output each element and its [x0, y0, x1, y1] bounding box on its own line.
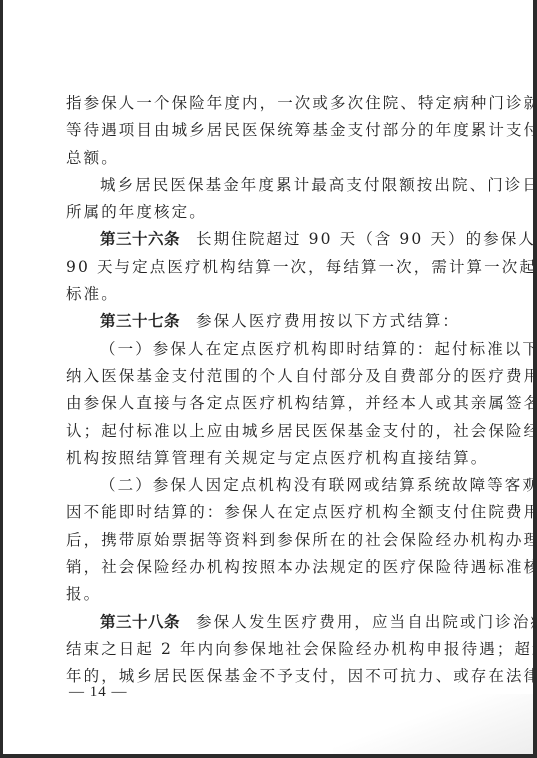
text-line: 纳入医保基金支付范围的个人自付部分及自费部分的医疗费用 [66, 363, 466, 390]
document-page: 指参保人一个保险年度内，一次或多次住院、特定病种门诊就医 等待遇项目由城乡居民医… [3, 0, 533, 754]
text-line: 参保人医疗费用按以下方式结算： [196, 312, 460, 330]
text-line: 指参保人一个保险年度内，一次或多次住院、特定病种门诊就医 [66, 90, 466, 117]
article-heading: 第三十七条 [100, 312, 180, 330]
text-line: 机构按照结算管理有关规定与定点医疗机构直接结算。 [66, 445, 466, 472]
page-number: — 14 — [69, 684, 128, 701]
text-line: （一）参保人在定点医疗机构即时结算的：起付标准以下、 [66, 336, 466, 363]
text-line: （二）参保人因定点机构没有联网或结算系统故障等客观原 [66, 472, 466, 499]
text-line: 由参保人直接与各定点医疗机构结算，并经本人或其亲属签名确 [66, 390, 466, 417]
scan-shadow [333, 694, 533, 754]
text-line: 认；起付标准以上应由城乡居民医保基金支付的，社会保险经办 [66, 418, 466, 445]
text-line: 结束之日起 2 年内向参保地社会保险经办机构申报待遇；超过 2 [66, 636, 466, 663]
text-line: 90 天与定点医疗机构结算一次，每结算一次，需计算一次起付 [66, 254, 466, 281]
text-line: 后，携带原始票据等资料到参保所在的社会保险经办机构办理报 [66, 527, 466, 554]
text-line: 长期住院超过 90 天（含 90 天）的参保人，每 [196, 230, 533, 248]
text-line: 总额。 [66, 145, 466, 172]
article-36-first-line: 第三十六条长期住院超过 90 天（含 90 天）的参保人，每 [66, 226, 466, 253]
text-line: 销，社会保险经办机构按照本办法规定的医疗保险待遇标准核 [66, 554, 466, 581]
text-line: 参保人发生医疗费用，应当自出院或门诊治疗 [196, 613, 533, 631]
text-line: 城乡居民医保基金年度累计最高支付限额按出院、门诊日期 [66, 172, 466, 199]
text-line: 报。 [66, 581, 466, 608]
article-heading: 第三十六条 [100, 230, 180, 248]
text-line: 所属的年度核定。 [66, 199, 466, 226]
article-38-first-line: 第三十八条参保人发生医疗费用，应当自出院或门诊治疗 [66, 609, 466, 636]
document-body: 指参保人一个保险年度内，一次或多次住院、特定病种门诊就医 等待遇项目由城乡居民医… [66, 90, 466, 691]
text-line: 等待遇项目由城乡居民医保统筹基金支付部分的年度累计支付 [66, 117, 466, 144]
article-37-first-line: 第三十七条参保人医疗费用按以下方式结算： [66, 308, 466, 335]
article-heading: 第三十八条 [100, 613, 180, 631]
text-line: 标准。 [66, 281, 466, 308]
text-line: 因不能即时结算的：参保人在定点医疗机构全额支付住院费用 [66, 499, 466, 526]
